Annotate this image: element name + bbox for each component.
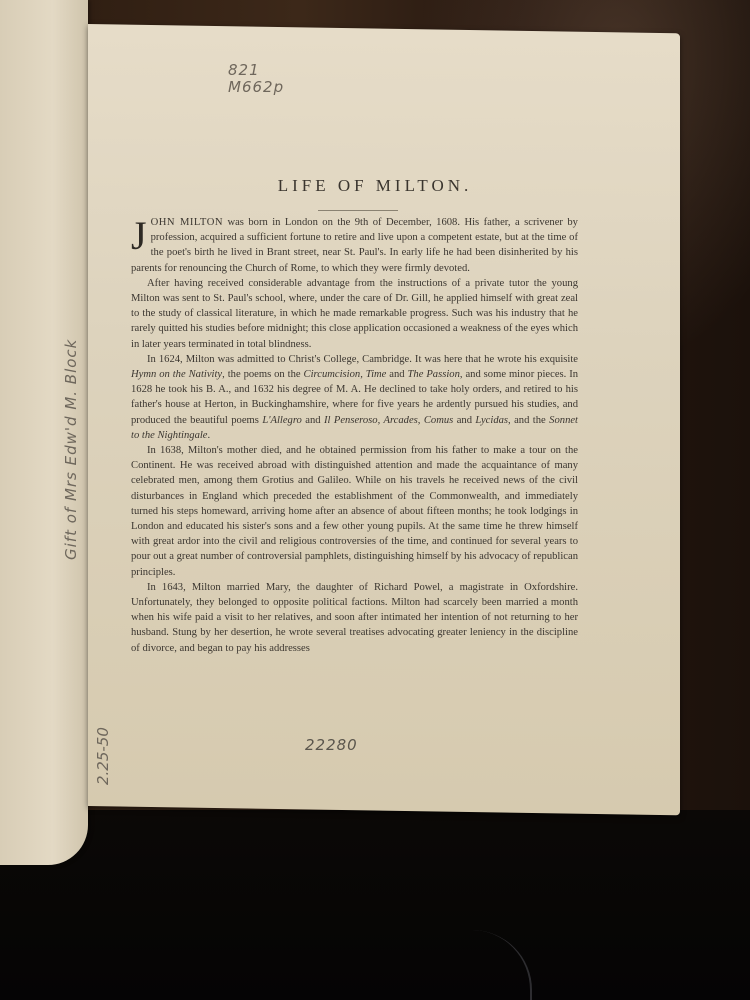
italic-title: L'Allegro bbox=[262, 415, 302, 426]
body-text: JOHN MILTON was born in London on the 9t… bbox=[131, 215, 578, 656]
text-segment: In 1624, Milton was admitted to Christ's… bbox=[147, 354, 578, 365]
text-segment: and bbox=[302, 415, 324, 426]
paragraph-4: In 1638, Milton's mother died, and he ob… bbox=[131, 443, 578, 580]
drop-cap: J bbox=[131, 219, 147, 253]
call-number-cutter: M662p bbox=[228, 79, 284, 96]
paragraph-1: JOHN MILTON was born in London on the 9t… bbox=[131, 215, 578, 276]
italic-title: Hymn on the Nativity bbox=[131, 369, 222, 380]
text-segment: . bbox=[208, 430, 211, 441]
italic-title: Lycidas bbox=[475, 415, 508, 426]
handwritten-accession-number: 22280 bbox=[305, 736, 358, 754]
paragraph-3: In 1624, Milton was admitted to Christ's… bbox=[131, 352, 578, 443]
text-segment: and bbox=[453, 415, 475, 426]
handwritten-gift-inscription: Gift of Mrs Edw'd M. Block bbox=[62, 339, 80, 560]
text-segment: and bbox=[386, 369, 407, 380]
title-rule-divider bbox=[318, 210, 398, 211]
page-title: LIFE OF MILTON. bbox=[0, 176, 750, 196]
paragraph-5: In 1643, Milton married Mary, the daught… bbox=[131, 580, 578, 656]
italic-title: Il Penseroso, Arcades, Comus bbox=[324, 415, 453, 426]
call-number-class: 821 bbox=[228, 62, 284, 79]
text-segment: , the poems on the bbox=[222, 369, 303, 380]
handwritten-date: 2.25-50 bbox=[94, 727, 112, 785]
dark-table-foreground bbox=[0, 810, 750, 1000]
italic-title: Circumcision, Time bbox=[304, 369, 387, 380]
italic-title: The Passion bbox=[408, 369, 460, 380]
handwritten-call-number: 821 M662p bbox=[228, 62, 284, 96]
lead-smallcaps: OHN MILTON bbox=[151, 217, 223, 228]
paragraph-2: After having received considerable advan… bbox=[131, 276, 578, 352]
text-segment: , and the bbox=[508, 415, 549, 426]
